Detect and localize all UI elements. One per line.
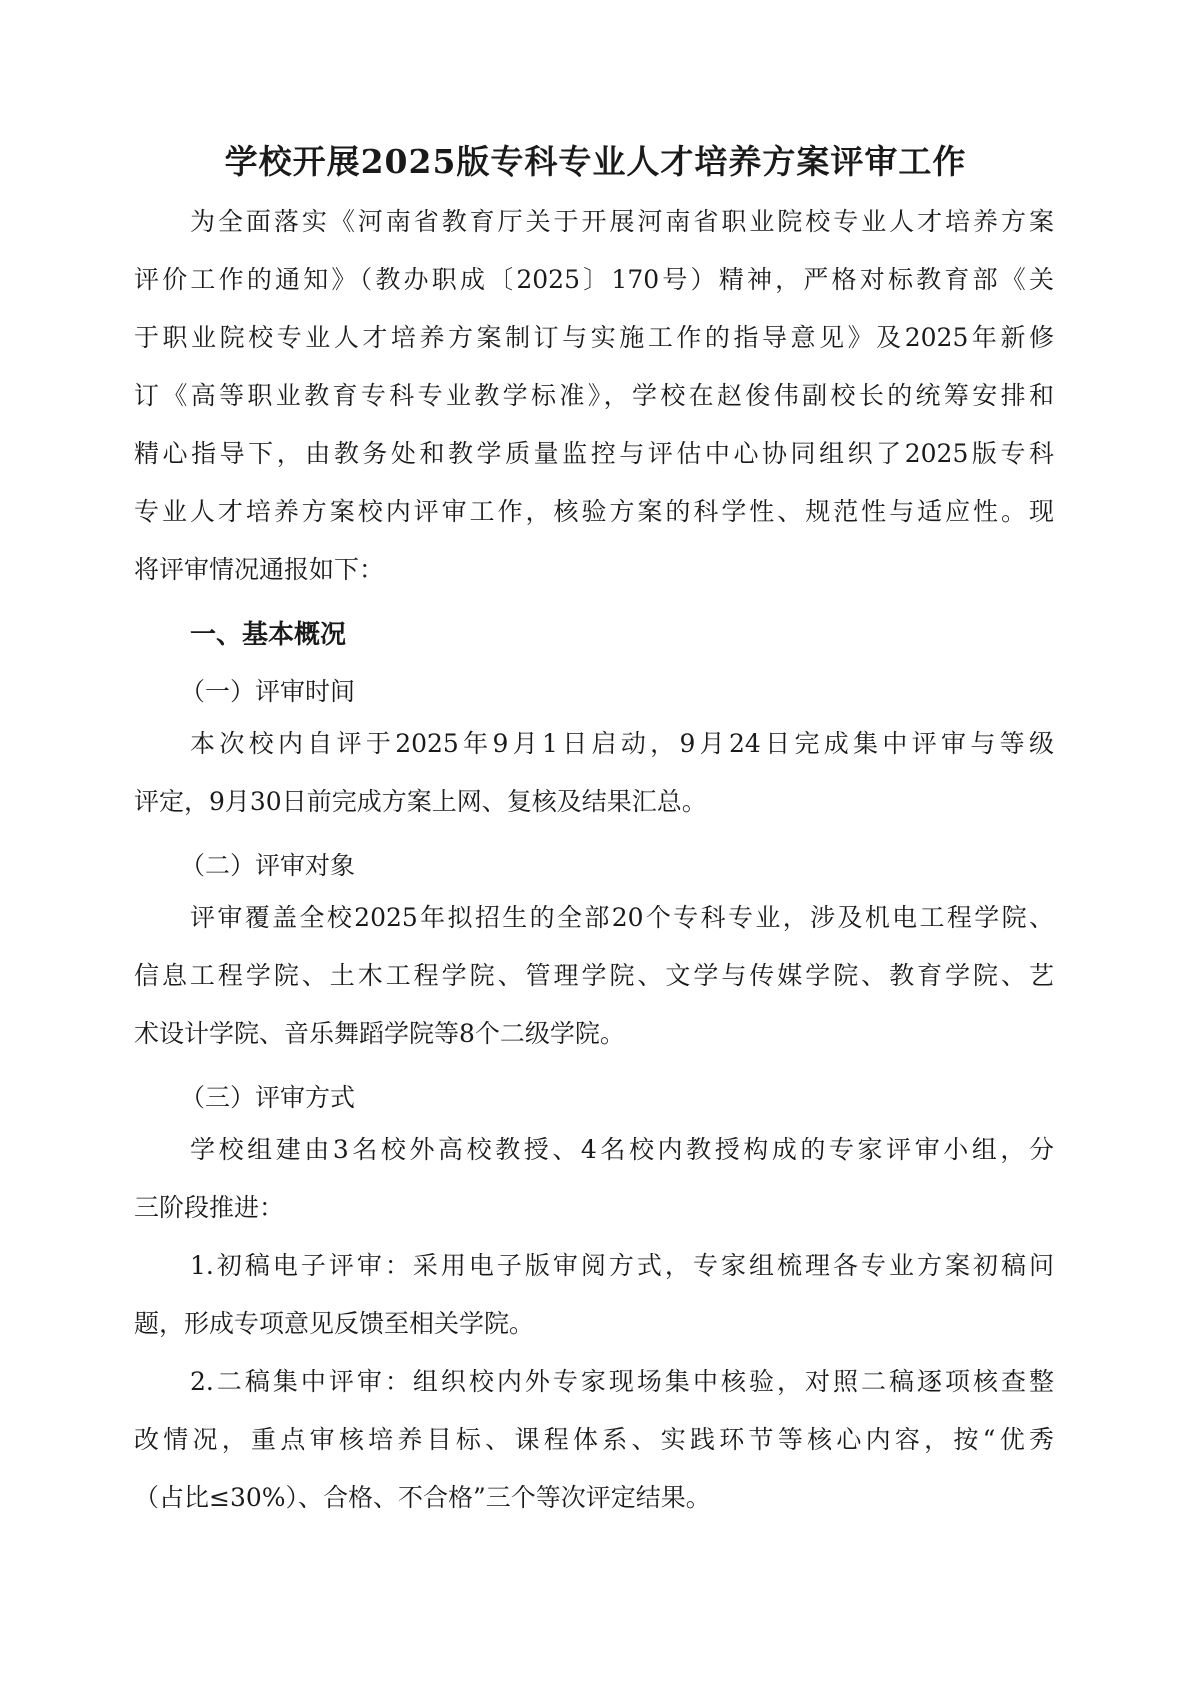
subsection-heading: （一）评审时间 [180,672,355,708]
paragraph-line: 改情况，重点审核培养目标、课程体系、实践环节等核心内容，按“优秀 [134,1420,1054,1460]
paragraph-line: 精心指导下，由教务处和教学质量监控与评估中心协同组织了2025版专科 [134,434,1054,474]
paragraph-line: 为全面落实《河南省教育厅关于开展河南省职业院校专业人才培养方案 [190,202,1054,242]
paragraph-line: 订《高等职业教育专科专业教学标准》，学校在赵俊伟副校长的统筹安排和 [134,376,1054,416]
paragraph-line: 评定，9月30日前完成方案上网、复核及结果汇总。 [134,782,1054,822]
paragraph-line: 评审覆盖全校2025年拟招生的全部20个专科专业，涉及机电工程学院、 [190,898,1054,938]
subsection-heading: （三）评审方式 [180,1078,355,1114]
paragraph-line: 三阶段推进： [134,1188,1054,1228]
paragraph-line: 于职业院校专业人才培养方案制订与实施工作的指导意见》及2025年新修 [134,318,1054,358]
paragraph-line: 术设计学院、音乐舞蹈学院等8个二级学院。 [134,1014,1054,1054]
paragraph-line: 信息工程学院、土木工程学院、管理学院、文学与传媒学院、教育学院、艺 [134,956,1054,996]
paragraph-line: 专业人才培养方案校内评审工作，核验方案的科学性、规范性与适应性。现 [134,492,1054,532]
section-heading: 一、基本概况 [190,614,346,651]
paragraph-line: 评价工作的通知》（教办职成〔2025〕170号）精神，严格对标教育部《关 [134,260,1054,300]
subsection-heading: （二）评审对象 [180,846,355,882]
paragraph-line: （占比≤30%）、合格、不合格”三个等次评定结果。 [134,1478,1054,1518]
paragraph-line: 2.二稿集中评审：组织校内外专家现场集中核验，对照二稿逐项核查整 [190,1362,1054,1402]
paragraph-line: 题，形成专项意见反馈至相关学院。 [134,1304,1054,1344]
paragraph-line: 本次校内自评于2025年9月1日启动，9月24日完成集中评审与等级 [190,724,1054,764]
page-title: 学校开展2025版专科专业人才培养方案评审工作 [0,136,1191,183]
paragraph-line: 1.初稿电子评审：采用电子版审阅方式，专家组梳理各专业方案初稿问 [190,1246,1054,1286]
paragraph-line: 学校组建由3名校外高校教授、4名校内教授构成的专家评审小组，分 [190,1130,1054,1170]
paragraph-line: 将评审情况通报如下： [134,550,1054,590]
